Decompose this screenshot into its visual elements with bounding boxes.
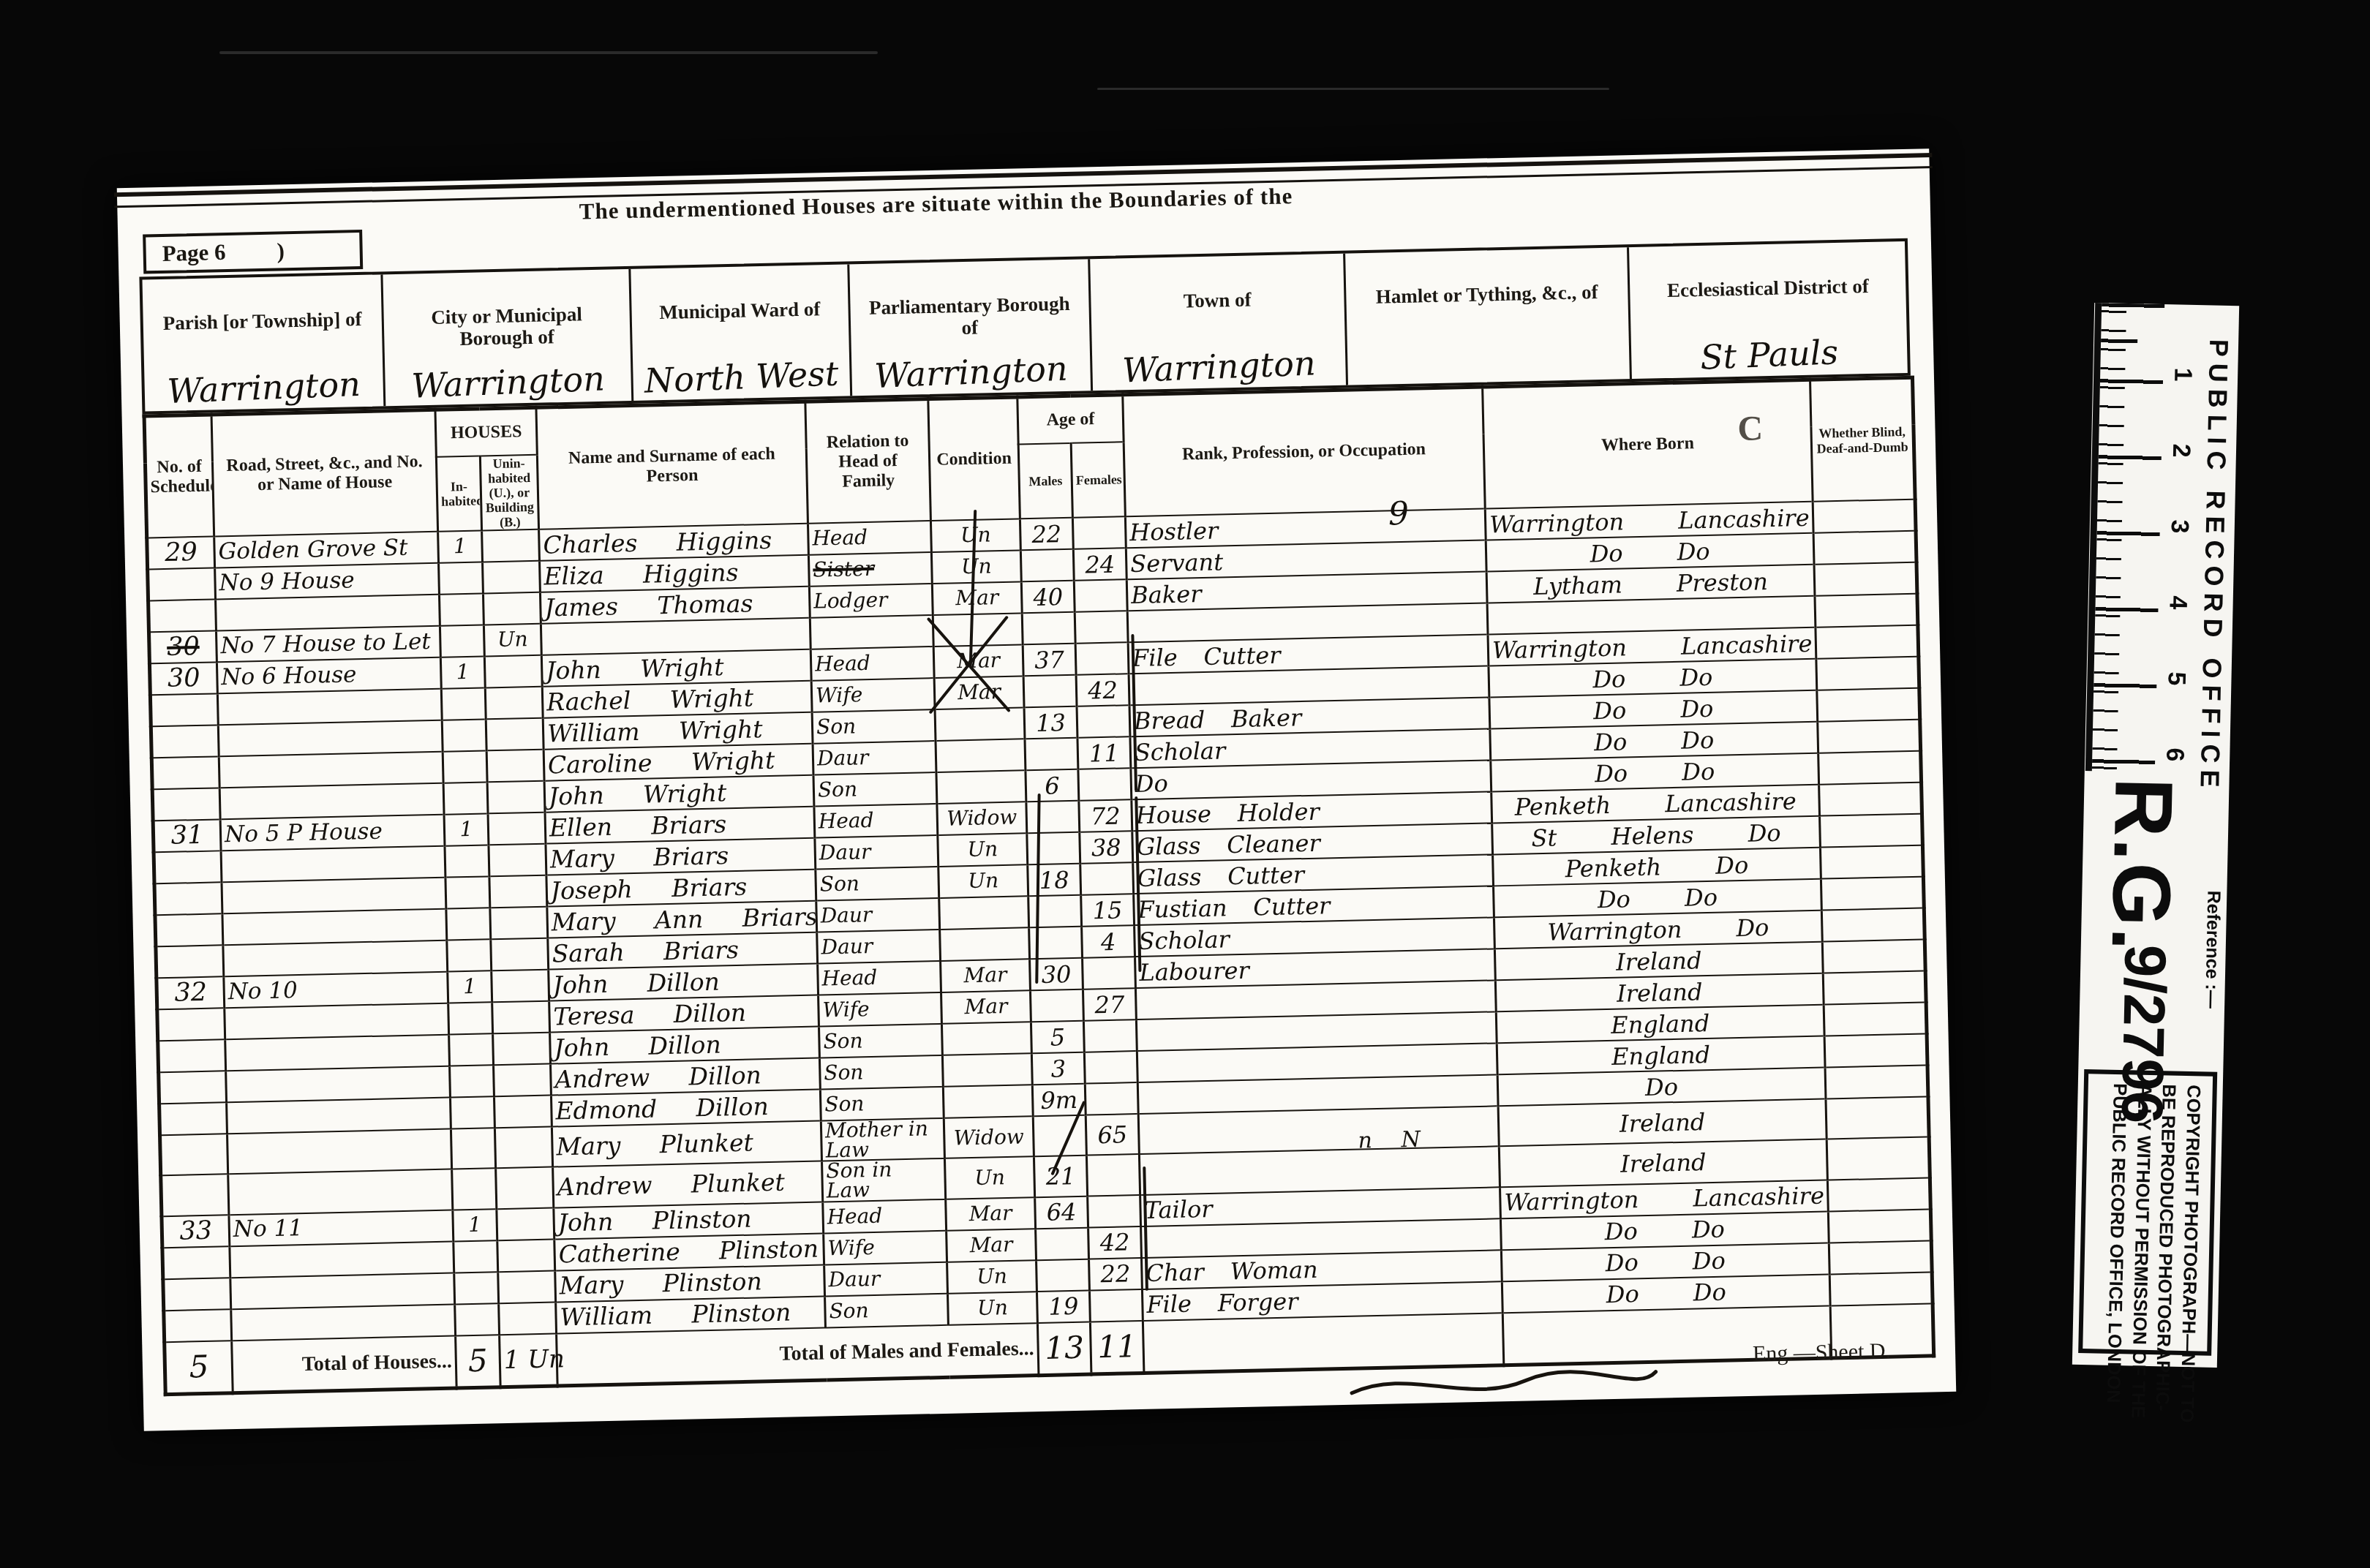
cell-condition: Mar [947,1229,1037,1262]
cell-schedule [150,694,218,727]
cell-road: No 9 House [215,563,440,600]
ruler-number: 4 [2163,595,2192,610]
cell-age-male: 6 [1026,769,1079,802]
cell-infirmity [1816,657,1919,690]
pro-office-label: PUBLIC RECORD OFFICE [2194,339,2234,794]
cell-age-female: 42 [1088,1226,1142,1259]
cell-age-male: 21 [1034,1156,1087,1197]
col-header-schedule: No. of Schedule [144,415,214,538]
cell-condition [939,897,1029,930]
cell-infirmity [1828,1209,1931,1243]
ruler-number: 6 [2160,747,2189,762]
cell-uninhabited: Un [484,624,541,657]
cell-age-female [1089,1289,1143,1322]
film-scratch [219,51,878,54]
cell-inhabited: 1 [440,657,485,689]
cell-inhabited [447,940,492,972]
cell-condition [936,771,1026,804]
cell-age-male [1022,612,1075,645]
cell-condition: Un [944,1157,1034,1199]
cell-infirmity [1816,625,1919,659]
cell-road: No 5 P House [220,815,445,851]
cell-infirmity [1822,940,1925,973]
cell-inhabited: 1 [453,1209,497,1241]
cell-relation: Son [819,1055,943,1090]
cell-inhabited [443,783,488,815]
cell-uninhabited [491,938,549,971]
cell-condition: Mar [941,991,1031,1025]
cell-schedule: 33 [162,1215,230,1248]
cell-relation: Daur [817,930,941,964]
cell-age-male [1036,1227,1089,1260]
cell-road [223,941,448,977]
cell-uninhabited [483,561,541,594]
cell-schedule [156,946,224,979]
cell-schedule: 29 [147,537,215,570]
cell-relation: Daur [824,1262,948,1296]
cell-road: No 10 [224,972,448,1009]
cell-road [219,752,443,788]
cell-condition [936,739,1026,773]
cell-road [225,1035,450,1071]
cell-age-female [1088,1195,1141,1228]
cell-relation: Son [816,867,939,901]
cell-road [216,595,440,631]
cell-infirmity [1815,594,1918,627]
col-header-inhabited: In-habited [436,456,481,532]
cell-relation: Daur [816,898,940,932]
col-header-age-group: Age of [1017,395,1124,444]
cell-condition [942,1054,1032,1088]
cell-infirmity [1819,783,1922,816]
cell-inhabited [449,1034,494,1066]
cell-schedule [160,1134,228,1176]
district-value-handwritten: North West [632,353,850,402]
cell-schedule [164,1309,232,1342]
cell-infirmity [1826,1097,1929,1139]
cell-name: Mary Plunket [552,1121,821,1167]
district-label: Parish [or Township] of [153,309,372,335]
cell-age-male [1030,990,1083,1022]
totals-males-females-label: Total of Males and Females... [557,1323,1039,1386]
cell-inhabited [440,625,484,657]
cell-infirmity [1823,971,1926,1005]
cell-condition [935,708,1025,742]
cell-age-female: 72 [1079,799,1132,832]
cell-age-female [1080,862,1134,895]
district-value-handwritten: Warrington [1091,342,1346,392]
cell-infirmity [1824,1034,1927,1068]
cell-inhabited [439,594,484,626]
cell-condition: Un [947,1292,1037,1325]
cell-infirmity [1814,562,1917,596]
cell-relation: Son [825,1293,949,1327]
col-header-houses-group: HOUSES [435,407,537,456]
cell-uninhabited [497,1207,554,1240]
cell-age-male: 13 [1024,706,1077,739]
cell-road [230,1273,455,1309]
cell-relation: Wife [819,992,942,1027]
cell-relation: Daur [813,741,936,775]
cell-uninhabited [489,875,547,908]
cell-relation: Head [808,521,931,555]
cell-uninhabited [490,907,548,940]
cell-schedule [148,600,217,633]
cell-relation: Daur [815,835,938,870]
cell-schedule: 30 [149,663,217,696]
cell-infirmity [1813,531,1916,565]
district-value-handwritten: Warrington [851,347,1091,396]
cell-relation: Head [814,804,938,838]
cell-inhabited [450,1066,494,1098]
ruler-ticks [2085,303,2164,772]
cell-relation: Mother in Law [821,1118,944,1161]
cell-inhabited [452,1169,497,1210]
cell-condition: Un [938,834,1028,867]
cell-relation: Lodger [809,584,933,618]
cell-road: No 11 [229,1210,454,1246]
cell-age-female: 42 [1076,674,1129,706]
cell-schedule [154,883,222,916]
cell-age-female [1085,1082,1138,1115]
cell-inhabited [448,1003,493,1035]
copyright-stamp: COPYRIGHT PHOTOGRAPH—NOT TO BE REPRODUCE… [2072,1063,2223,1362]
cell-age-male: 19 [1037,1290,1090,1323]
cell-inhabited [451,1128,495,1169]
cell-inhabited [445,845,489,878]
district-cell-parliamentary: Parliamentary Borough of Warrington [849,259,1093,396]
cell-condition [941,1022,1031,1056]
cell-uninhabited [487,781,545,814]
cell-inhabited: 1 [444,814,489,846]
margin-note: n N [1358,1127,1421,1154]
cell-uninhabited [494,1096,552,1128]
cell-uninhabited [496,1167,554,1209]
cell-road [227,1098,451,1134]
cell-road [230,1241,454,1278]
cell-condition: Mar [946,1197,1036,1231]
cell-schedule [159,1103,227,1136]
cell-age-female [1083,1019,1137,1052]
cell-infirmity [1820,845,1923,879]
cell-schedule [151,725,219,758]
cell-uninhabited [488,813,546,845]
cell-uninhabited [485,687,543,720]
cell-relation: Son [820,1087,944,1121]
cell-age-female: 24 [1073,549,1126,581]
district-value-handwritten: St Pauls [1631,330,1908,380]
col-header-males: Males [1018,442,1072,519]
cell-road: No 6 House [217,657,441,694]
cell-infirmity [1821,877,1924,911]
cell-relation: Son [812,709,936,744]
cell-infirmity [1818,751,1922,785]
cell-road [219,783,444,820]
district-cell-parish: Parish [or Township] of Warrington [142,274,385,411]
cell-schedule: 31 [153,820,221,853]
district-label: Parliamentary Borough of [859,293,1080,342]
cell-relation: Son [819,1024,942,1058]
copyright-line: COPYRIGHT PHOTOGRAPH—NOT TO [2175,1085,2205,1343]
cell-age-female [1072,517,1126,550]
cell-inhabited [454,1240,498,1273]
col-header-infirmity: Whether Blind, Deaf-and-Dumb [1810,377,1916,502]
col-header-uninhabited: Unin-habited (U.), or Building (B.) [480,454,538,530]
reference-label: Reference :— [2200,890,2224,1009]
cell-relation: Head [818,961,941,995]
cell-condition: Un [947,1260,1037,1294]
cell-age-female: 15 [1081,894,1135,927]
pro-ruler: PUBLIC RECORD OFFICE 1 2 3 4 5 6 [2085,303,2239,774]
cell-infirmity [1829,1240,1932,1274]
page-bracket: ) [276,238,285,264]
cell-age-male [1037,1259,1090,1292]
cell-inhabited [442,720,486,752]
cell-age-female: 22 [1089,1258,1143,1291]
cell-name: Andrew Plunket [553,1161,823,1207]
cell-age-female [1074,580,1127,613]
cell-road [222,878,446,914]
totals-females: 11 [1090,1321,1144,1375]
cell-road [231,1304,456,1341]
tally-mark: 9 [1388,495,1409,533]
cell-infirmity [1821,908,1925,942]
cell-road [227,1129,452,1175]
cell-age-female [1086,1155,1140,1196]
cell-infirmity [1827,1177,1930,1211]
cell-infirmity [1824,1003,1927,1036]
cell-schedule: 32 [157,977,225,1010]
cell-age-male: 5 [1031,1021,1084,1054]
cell-condition [943,1085,1033,1119]
cell-age-female [1083,957,1136,990]
cell-inhabited: 1 [448,971,492,1003]
district-label: Town of [1101,287,1334,314]
district-cell-town: Town of Warrington [1090,254,1348,391]
cell-age-female [1077,705,1130,738]
cell-uninhabited [494,1064,552,1097]
sheet-footer: Eng.—Sheet D. [1753,1339,1892,1367]
district-label: Ecclesiastical District of [1641,275,1895,302]
cell-infirmity [1817,688,1920,722]
cell-road [226,1066,451,1103]
cell-uninhabited [482,529,540,562]
cell-age-male [1023,675,1077,708]
cell-infirmity [1827,1137,1930,1180]
cell-relation: Son [813,772,937,807]
cell-inhabited [455,1303,500,1335]
cell-infirmity [1818,720,1921,753]
cell-infirmity [1829,1272,1933,1305]
pro-reference-block: Reference :— R.G. 9/2796 [2078,771,2229,1066]
cell-inhabited [443,751,487,783]
cell-road: Golden Grove St [214,532,439,568]
col-header-relation: Relation to Head of Family [805,399,931,524]
col-header-females: Females [1071,442,1125,518]
ruler-number: 1 [2168,367,2197,382]
cell-age-male: 22 [1020,518,1073,551]
cell-relation [810,615,933,649]
cell-schedule [154,851,222,884]
col-header-name: Name and Surname of each Person [536,402,808,529]
cell-inhabited [446,908,491,941]
film-scratch [1097,88,1609,90]
cell-age-male: 3 [1031,1052,1085,1085]
cell-uninhabited [486,750,544,783]
district-label: Municipal Ward of [640,298,840,325]
cell-infirmity [1825,1066,1928,1099]
cell-age-male: 40 [1021,581,1075,614]
district-cell-ward: Municipal Ward of North West [631,264,852,400]
cell-inhabited [450,1097,494,1129]
cell-age-female: 27 [1083,988,1136,1021]
cell-age-female: 11 [1077,736,1131,769]
census-rows: 29 Golden Grove St 1 Charles Higgins Hea… [147,500,1933,1342]
cell-schedule [163,1278,231,1311]
cell-schedule [157,1009,225,1041]
series-code: R.G. [2093,777,2192,953]
cell-inhabited [441,688,486,720]
cell-condition: Un [931,551,1021,584]
district-value-handwritten: Warrington [144,363,384,412]
cell-born: Ireland [1498,1099,1827,1147]
cell-uninhabited [498,1270,556,1303]
page-label: Page 6 [162,239,226,267]
cell-uninhabited [493,1033,551,1066]
district-value-handwritten: Warrington [385,358,632,407]
cell-relation: Head [823,1199,947,1234]
cell-condition [940,928,1030,962]
cell-road [222,909,447,946]
cell-condition: Mar [932,582,1022,616]
cell-condition: Mar [941,960,1031,993]
cell-inhabited [454,1272,499,1304]
cell-condition: Widow [937,802,1027,836]
cell-road [218,720,443,757]
cell-road: No 7 House to Let [216,626,440,663]
ruler-number: 2 [2167,443,2195,458]
cell-age-male: 64 [1035,1196,1088,1229]
cell-uninhabited [499,1302,557,1335]
totals-schedule: 5 [165,1341,233,1395]
cell-relation: Head [810,647,934,681]
cell-uninhabited [492,1001,550,1034]
pro-reference-strip: PUBLIC RECORD OFFICE 1 2 3 4 5 6 Referen… [2072,303,2239,1368]
district-label: City or Municipal Borough of [394,303,620,351]
cell-infirmity [1820,814,1923,848]
cell-age-male [1033,1115,1086,1157]
office-stamp-c: C [1737,408,1764,449]
district-cell-ecclesiastical: Ecclesiastical District of St Pauls [1629,241,1908,379]
cell-inhabited [439,562,484,595]
cell-condition: Widow [944,1116,1034,1158]
cell-inhabited: 1 [438,531,483,563]
ruler-number: 3 [2165,519,2194,534]
cell-uninhabited [483,592,541,625]
cell-schedule [151,757,219,790]
cell-relation: Son in Law [822,1158,946,1202]
cell-age-female [1075,643,1129,676]
cell-age-male [1025,738,1078,771]
cell-age-male [1026,801,1080,834]
cell-road [221,846,445,883]
cell-condition: Un [938,865,1028,899]
cell-uninhabited [486,718,543,751]
totals-houses-inhabited: 5 [456,1335,501,1388]
district-cell-borough: City or Municipal Borough of Warrington [383,269,633,406]
district-cell-hamlet: Hamlet or Tything, &c., of [1345,247,1633,385]
cell-road [228,1169,453,1215]
totals-houses-uninhabited: 1 Un [500,1333,558,1387]
cell-schedule [159,1071,227,1104]
cell-age-male: 18 [1028,864,1081,897]
cell-road [217,689,442,725]
cell-age-female [1078,768,1132,801]
cell-schedule [148,568,216,601]
cell-schedule [152,788,220,821]
cell-schedule [161,1175,229,1216]
cell-schedule [158,1040,226,1073]
cell-relation: Sister [808,552,932,587]
district-label: Hamlet or Tything, &c., of [1357,282,1617,309]
census-table-wrapper: No. of Schedule Road, Street, &c., and N… [143,376,1933,1397]
cell-uninhabited [494,1127,552,1169]
cell-schedule: 30 [149,631,217,664]
cell-relation: Wife [811,678,935,712]
cell-age-female [1075,611,1128,644]
cell-age-female: 65 [1086,1114,1139,1156]
cell-schedule [162,1246,230,1279]
cell-uninhabited [497,1239,555,1272]
cell-age-female: 4 [1082,925,1135,958]
cell-relation: Wife [824,1230,947,1264]
pen-flourish [1342,1355,1665,1414]
page-number-box: Page 6 ) [143,230,363,274]
cell-uninhabited [489,844,546,877]
cell-uninhabited [484,655,542,688]
cell-age-female: 38 [1080,831,1133,864]
cell-age-male [1027,832,1080,865]
cell-road [225,1003,449,1040]
cell-inhabited [445,877,490,909]
cell-age-male [1020,549,1074,582]
totals-males: 13 [1037,1322,1091,1376]
cell-born: Ireland [1499,1139,1827,1187]
cell-age-male: 37 [1023,644,1076,676]
census-sheet: The undermentioned Houses are situate wi… [117,148,1956,1431]
cell-schedule [155,914,223,947]
cell-infirmity [1813,500,1916,533]
copyright-box: COPYRIGHT PHOTOGRAPH—NOT TO BE REPRODUCE… [2078,1069,2217,1356]
ruler-number: 5 [2162,671,2190,686]
col-header-condition: Condition [928,397,1020,521]
totals-houses-label: Total of Houses... [232,1335,456,1393]
ruler-numbers: 1 2 3 4 5 6 [2159,304,2198,773]
cell-age-female [1084,1051,1137,1084]
col-header-occupation: Rank, Profession, or Occupation [1123,387,1486,516]
cell-uninhabited [492,970,549,1003]
col-header-road: Road, Street, &c., and No. or Name of Ho… [211,410,438,536]
